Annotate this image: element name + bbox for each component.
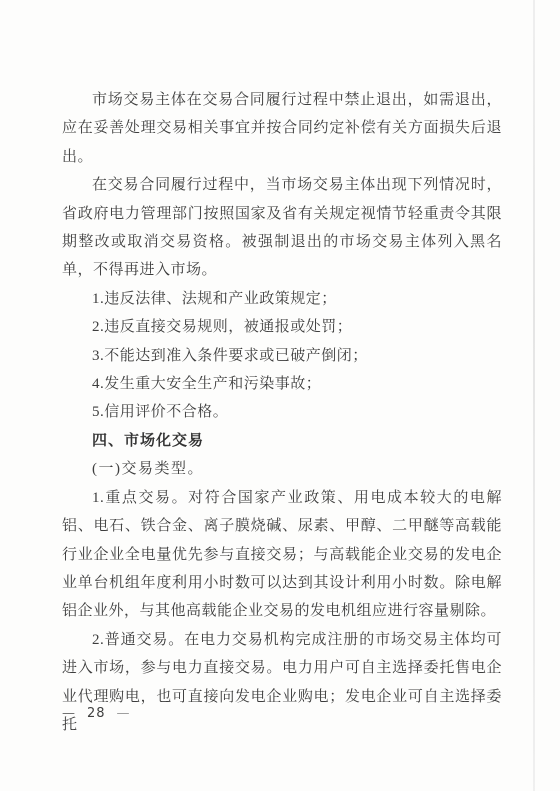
page-number: 28 [87, 706, 106, 721]
section-heading-market-trade: 四、市场化交易 [62, 427, 502, 455]
subsection-heading-trade-types: (一)交易类型。 [62, 455, 502, 483]
footer-dash-left: — [62, 706, 76, 721]
document-page: 市场交易主体在交易合同履行过程中禁止退出，如需退出，应在妥善处理交易相关事宜并按… [0, 0, 560, 791]
paragraph-key-trading: 1.重点交易。对符合国家产业政策、用电成本较大的电解铝、电石、铁合金、离子膜烧碱… [62, 484, 502, 626]
footer-dash-right: — [117, 706, 131, 721]
list-item-1: 1.违反法律、法规和产业政策规定； [62, 285, 502, 313]
scan-artifact-line [533, 0, 535, 791]
list-item-4: 4.发生重大安全生产和污染事故； [62, 370, 502, 398]
list-item-3: 3.不能达到准入条件要求或已破产倒闭； [62, 342, 502, 370]
list-item-5: 5.信用评价不合格。 [62, 398, 502, 426]
document-body: 市场交易主体在交易合同履行过程中禁止退出，如需退出，应在妥善处理交易相关事宜并按… [62, 86, 502, 739]
paragraph-withdrawal-rule: 市场交易主体在交易合同履行过程中禁止退出，如需退出，应在妥善处理交易相关事宜并按… [62, 86, 502, 171]
paragraph-violation-intro: 在交易合同履行过程中，当市场交易主体出现下列情况时，省政府电力管理部门按照国家及… [62, 171, 502, 285]
page-footer: — 28 — [62, 702, 131, 724]
list-item-2: 2.违反直接交易规则，被通报或处罚； [62, 313, 502, 341]
